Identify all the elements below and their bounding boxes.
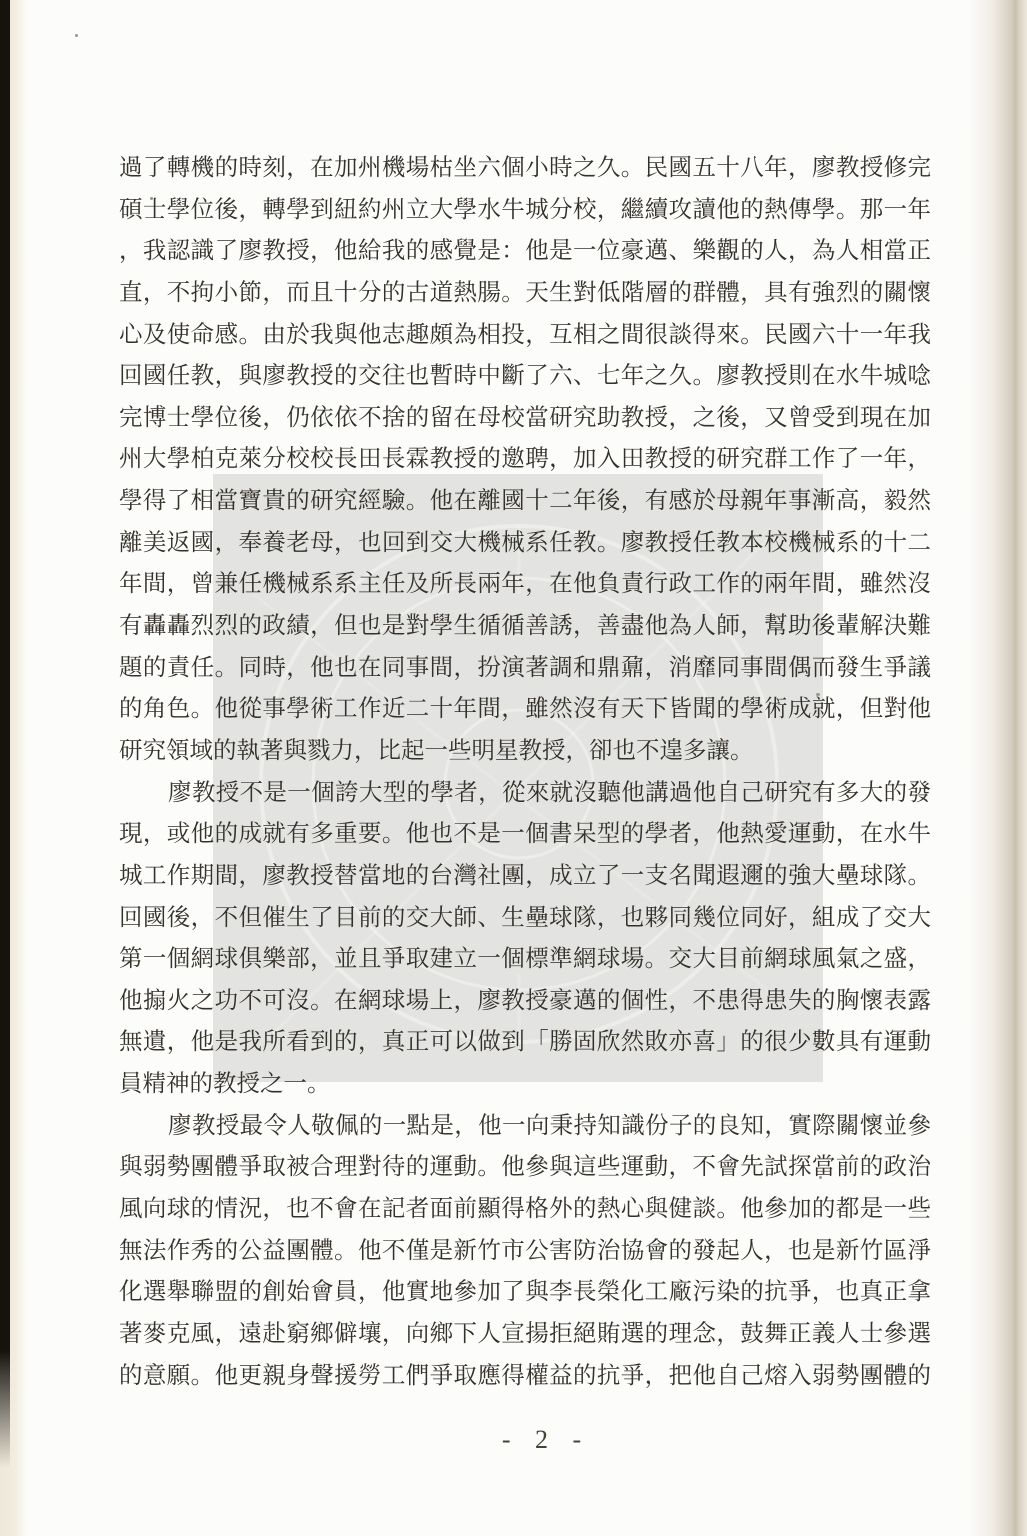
text-line: 無遺，他是我所看到的，真正可以做到「勝固欣然敗亦喜」的很少數具有運動 bbox=[119, 1022, 931, 1064]
text-line: 他搧火之功不可沒。在網球場上，廖教授豪邁的個性，不患得患失的胸懷表露 bbox=[119, 981, 931, 1023]
text-line: 離美返國，奉養老母，也回到交大機械系任教。廖教授任教本校機械系的十二 bbox=[119, 523, 931, 565]
scan-speck bbox=[150, 197, 153, 200]
text-line: 州大學柏克萊分校校長田長霖教授的邀聘，加入田教授的研究群工作了一年， bbox=[119, 439, 931, 481]
text-line: 風向球的情況，也不會在記者面前顯得格外的熱心與健談。他參加的都是一些 bbox=[119, 1189, 931, 1231]
text-line: 著麥克風，遠赴窮鄉僻壤，向鄉下人宣揚拒絕賄選的理念，鼓舞正義人士參選 bbox=[119, 1314, 931, 1356]
text-block: 過了轉機的時刻，在加州機場枯坐六個小時之久。民國五十八年，廖教授修完碩士學位後，… bbox=[119, 148, 931, 1397]
scan-speck bbox=[819, 1176, 822, 1179]
scan-edge-left-black bbox=[0, 0, 10, 1468]
text-line: 年間，曾兼任機械系系主任及所長兩年，在他負責行政工作的兩年間，雖然沒 bbox=[119, 564, 931, 606]
text-line: 直，不拘小節，而且十分的古道熱腸。天生對低階層的群體，具有強烈的關懷 bbox=[119, 273, 931, 315]
text-line: 回國後，不但催生了目前的交大師、生壘球隊，也夥同幾位同好，組成了交大 bbox=[119, 898, 931, 940]
text-line: 回國任教，與廖教授的交往也暫時中斷了六、七年之久。廖教授則在水牛城唸 bbox=[119, 356, 931, 398]
text-line: 心及使命感。由於我與他志趣頗為相投，互相之間很談得來。民國六十一年我 bbox=[119, 315, 931, 357]
text-line: 碩士學位後，轉學到紐約州立大學水牛城分校，繼續攻讀他的熱傳學。那一年 bbox=[119, 190, 931, 232]
text-line: 有轟轟烈烈的政績，但也是對學生循循善誘，善盡他為人師，幫助後輩解決難 bbox=[119, 606, 931, 648]
text-line: 的角色。他從事學術工作近二十年間，雖然沒有天下皆聞的學術成就，但對他 bbox=[119, 689, 931, 731]
text-line: 廖教授最令人敬佩的一點是，他一向秉持知識份子的良知，實際關懷並參 bbox=[119, 1106, 931, 1148]
text-line: 與弱勢團體爭取被合理對待的運動。他參與這些運動，不會先試探當前的政治 bbox=[119, 1147, 931, 1189]
text-line: 現，或他的成就有多重要。他也不是一個書呆型的學者，他熱愛運動，在水牛 bbox=[119, 814, 931, 856]
text-line: 化選舉聯盟的創始會員，他實地參加了與李長榮化工廠污染的抗爭，也真正拿 bbox=[119, 1272, 931, 1314]
scan-edge-right-shadow bbox=[969, 0, 1027, 1536]
text-line: 第一個網球俱樂部，並且爭取建立一個標準網球場。交大目前網球風氣之盛， bbox=[119, 939, 931, 981]
text-line: 城工作期間，廖教授替當地的台灣社團，成立了一支名聞遐邇的強大壘球隊。 bbox=[119, 856, 931, 898]
text-line: 員精神的教授之一。 bbox=[119, 1064, 931, 1106]
scan-speck bbox=[75, 34, 78, 37]
text-line: 廖教授不是一個誇大型的學者，從來就沒聽他講過他自己研究有多大的發 bbox=[119, 773, 931, 815]
text-line: 學得了相當寶貴的研究經驗。他在離國十二年後，有感於母親年事漸高，毅然 bbox=[119, 481, 931, 523]
text-line: 過了轉機的時刻，在加州機場枯坐六個小時之久。民國五十八年，廖教授修完 bbox=[119, 148, 931, 190]
scanned-document-page: 過了轉機的時刻，在加州機場枯坐六個小時之久。民國五十八年，廖教授修完碩士學位後，… bbox=[0, 0, 1027, 1536]
text-line: 研究領域的執著與戮力，比起一些明星教授，卻也不遑多讓。 bbox=[119, 731, 931, 773]
text-line: 無法作秀的公益團體。他不僅是新竹市公害防治協會的發起人，也是新竹區淨 bbox=[119, 1231, 931, 1273]
text-line: ，我認識了廖教授，他給我的感覺是：他是一位豪邁、樂觀的人，為人相當正 bbox=[119, 231, 931, 273]
text-line: 的意願。他更親身聲援勞工們爭取應得權益的抗爭，把他自己熔入弱勢團體的 bbox=[119, 1356, 931, 1398]
text-line: 題的責任。同時，他也在同事間，扮演著調和鼎鼐，消靡同事間偶而發生爭議 bbox=[119, 648, 931, 690]
scan-speck bbox=[816, 693, 820, 696]
page-number: - 2 - bbox=[140, 1425, 952, 1455]
text-line: 完博士學位後，仍依依不捨的留在母校當研究助教授，之後，又曾受到現在加 bbox=[119, 398, 931, 440]
